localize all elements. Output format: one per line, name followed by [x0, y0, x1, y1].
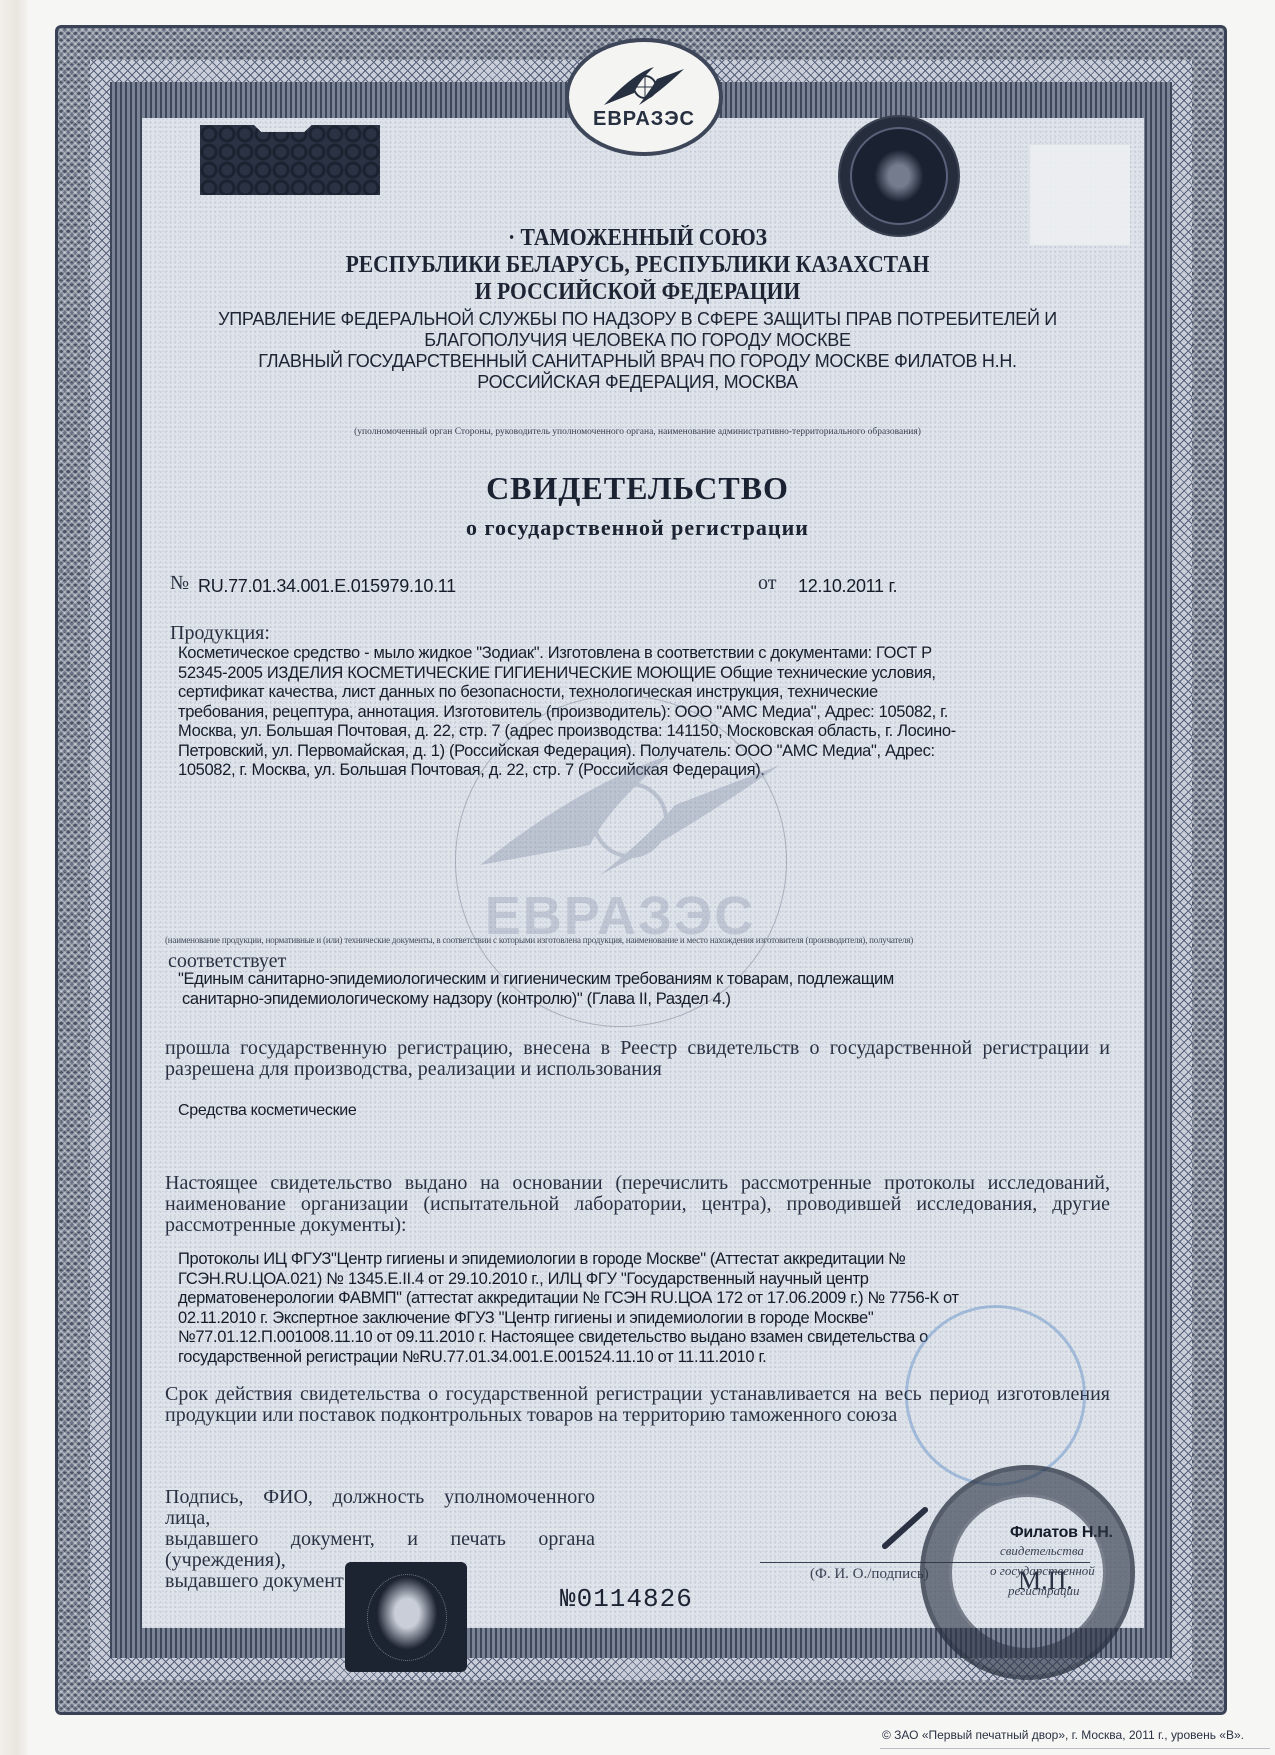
basis-line: 02.11.2010 г. Экспертное заключение ФГУЗ…	[178, 1309, 1108, 1329]
compliance-line: санитарно-эпидемиологическому надзору (к…	[178, 990, 1108, 1010]
basis-statement: Настоящее свидетельство выдано на основа…	[165, 1173, 1110, 1236]
compliance-text: "Единым санитарно-эпидемиологическим и г…	[178, 970, 1108, 1009]
basis-line: №77.01.12.П.001008.11.10 от 09.11.2010 г…	[178, 1328, 1108, 1348]
agency-line-1: УПРАВЛЕНИЕ ФЕДЕРАЛЬНОЙ СЛУЖБЫ ПО НАДЗОРУ…	[0, 309, 1275, 330]
signature-caption: (Ф. И. О./подпись)	[810, 1566, 929, 1583]
state-emblem-seal-top	[838, 115, 960, 237]
basis-documents: Протоколы ИЦ ФГУЗ"Центр гигиены и эпидем…	[178, 1250, 1108, 1367]
basis-line: Протоколы ИЦ ФГУЗ"Центр гигиены и эпидем…	[178, 1250, 1108, 1270]
usage-scope: Средства косметические	[178, 1102, 357, 1120]
date-label: от	[758, 572, 776, 595]
eurasec-emblem-icon	[599, 63, 689, 108]
double-headed-eagle-icon	[870, 145, 928, 207]
basis-line: государственной регистрации №RU.77.01.34…	[178, 1348, 1108, 1368]
registration-date: 12.10.2011 г.	[798, 576, 897, 597]
basis-line: ГСЭН.RU.ЦОА.021) № 1345.Е.II.4 от 29.10.…	[178, 1270, 1108, 1290]
basis-line: дерматовенерологии ФАВМП" (аттестат аккр…	[178, 1289, 1108, 1309]
scan-bottom-line	[880, 1748, 1270, 1749]
product-label: Продукция:	[170, 622, 270, 645]
state-emblem-seal-bottom	[345, 1562, 467, 1672]
product-description: Косметическое средство - мыло жидкое "Зо…	[178, 644, 1108, 781]
agency-line-3: ГЛАВНЫЙ ГОСУДАРСТВЕННЫЙ САНИТАРНЫЙ ВРАЧ …	[0, 351, 1275, 372]
union-title-line-1: · ТАМОЖЕННЫЙ СОЮЗ	[64, 225, 1212, 252]
document-subtitle: о государственной регистрации	[0, 515, 1275, 541]
signatory-name: Филатов Н.Н.	[1010, 1524, 1113, 1542]
hologram-sticker	[200, 125, 380, 195]
product-note: (наименование продукции, нормативные и (…	[165, 935, 913, 945]
agency-line-4: РОССИЙСКАЯ ФЕДЕРАЦИЯ, МОСКВА	[0, 372, 1275, 393]
validity-statement: Срок действия свидетельства о государств…	[165, 1384, 1110, 1426]
registry-statement: прошла государственную регистрацию, внес…	[165, 1038, 1110, 1080]
compliance-line: "Единым санитарно-эпидемиологическим и г…	[178, 970, 1108, 990]
signature-label-line: Подпись, ФИО, должность уполномоченного …	[165, 1487, 595, 1529]
product-line: 105082, г. Москва, ул. Большая Почтовая,…	[178, 761, 1108, 781]
product-line: требования, рецептура, аннотация. Изгото…	[178, 703, 1108, 723]
union-title-line-3: И РОССИЙСКОЙ ФЕДЕРАЦИИ	[64, 279, 1212, 306]
product-line: Петровский, ул. Первомайская, д. 1) (Рос…	[178, 742, 1108, 762]
double-headed-eagle-icon	[367, 1574, 447, 1661]
union-title-line-2: РЕСПУБЛИКИ БЕЛАРУСЬ, РЕСПУБЛИКИ КАЗАХСТА…	[64, 252, 1212, 279]
product-line: Москва, ул. Большая Почтовая, д. 22, стр…	[178, 722, 1108, 742]
product-line: сертификат качества, лист данных по безо…	[178, 683, 1108, 703]
form-serial-number: №0114826	[560, 1584, 693, 1614]
document-title: СВИДЕТЕЛЬСТВО	[0, 470, 1275, 507]
registration-number: RU.77.01.34.001.E.015979.10.11	[198, 576, 456, 597]
product-line: 52345-2005 ИЗДЕЛИЯ КОСМЕТИЧЕСКИЕ ГИГИЕНИ…	[178, 664, 1108, 684]
stamp-place-label: М.П.	[1018, 1566, 1073, 1596]
scan-edge	[0, 0, 28, 1755]
printer-imprint: © ЗАО «Первый печатный двор», г. Москва,…	[882, 1728, 1244, 1742]
product-line: Косметическое средство - мыло жидкое "Зо…	[178, 644, 1108, 664]
eurasec-logo: ЕВРАЗЭС	[565, 38, 723, 156]
number-label: №	[170, 572, 189, 595]
authority-note: (уполномоченный орган Стороны, руководит…	[0, 427, 1275, 437]
stamp-script-line: свидетельства	[1000, 1543, 1084, 1559]
agency-line-2: БЛАГОПОЛУЧИЯ ЧЕЛОВЕКА ПО ГОРОДУ МОСКВЕ	[0, 330, 1275, 351]
eurasec-logo-text: ЕВРАЗЭС	[593, 108, 695, 131]
